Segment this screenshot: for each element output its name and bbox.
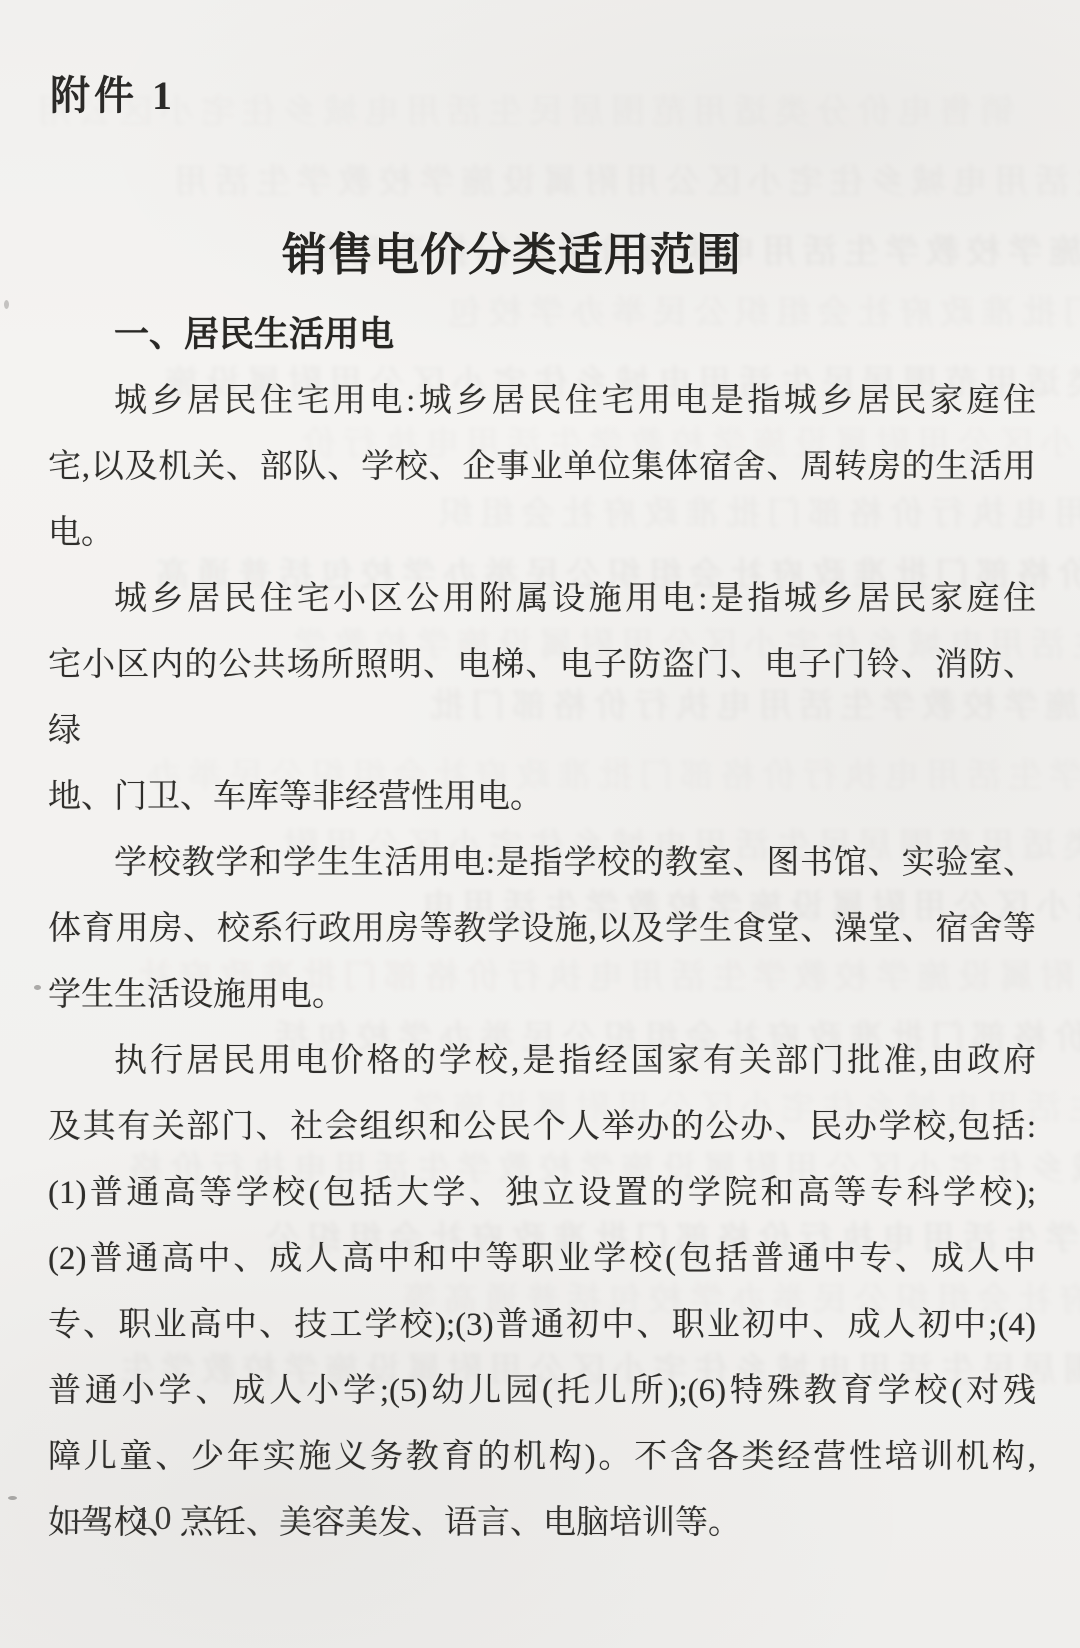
body-text-line: 专、职业高中、技工学校);(3)普通初中、职业初中、成人初中;(4) xyxy=(48,1292,1036,1358)
scan-speck xyxy=(4,300,9,309)
attachment-label: 附件 1 xyxy=(50,64,176,121)
body-text-line: (1)普通高等学校(包括大学、独立设置的学院和高等专科学校); xyxy=(48,1160,1036,1226)
body-text-line: 城乡居民住宅小区公用附属设施用电:是指城乡居民家庭住 xyxy=(48,566,1036,632)
body-text-line: 障儿童、少年实施义务教育的机构)。不含各类经营性培训机构, xyxy=(48,1424,1036,1490)
body-text-line: 及其有关部门、社会组织和公民个人举办的公办、民办学校,包括: xyxy=(48,1094,1036,1160)
body-text-line: 体育用房、校系行政用房等教学设施,以及学生食堂、澡堂、宿舍等 xyxy=(48,896,1036,962)
scan-speck xyxy=(8,1496,17,1500)
body-text-line: 执行居民用电价格的学校,是指经国家有关部门批准,由政府 xyxy=(48,1028,1036,1094)
scan-speck xyxy=(34,985,41,990)
body-text-line: 城乡居民住宅用电:城乡居民住宅用电是指城乡居民家庭住 xyxy=(48,368,1036,434)
section-heading: 一、居民生活用电 xyxy=(48,302,1036,368)
body-text-line: 电。 xyxy=(48,500,1036,566)
document-page: 销售电价分类适用范围居民生活用电城乡住宅小区公用民生活用电城乡住宅小区公用附属设… xyxy=(0,0,1080,1648)
body-text-line: 学生生活设施用电。 xyxy=(48,962,1036,1028)
body-text-line: 普通小学、成人小学;(5)幼儿园(托儿所);(6)特殊教育学校(对残 xyxy=(48,1358,1036,1424)
body-text-line: 宅小区内的公共场所照明、电梯、电子防盗门、电子门铃、消防、绿 xyxy=(48,632,1036,764)
body-text-line: 宅,以及机关、部队、学校、企事业单位集体宿舍、周转房的生活用 xyxy=(48,434,1036,500)
body-text-line: 学校教学和学生生活用电:是指学校的教室、图书馆、实验室、 xyxy=(48,830,1036,896)
ghost-text-row: 民生活用电城乡住宅小区公用附属设施学校教学生活用 xyxy=(167,154,1080,203)
document-body: 一、居民生活用电城乡居民住宅用电:城乡居民住宅用电是指城乡居民家庭住宅,以及机关… xyxy=(48,302,1036,1556)
document-title: 销售电价分类适用范围 xyxy=(0,218,1080,283)
ghost-text-row: 销售电价分类适用范围居民生活用电城乡住宅小区公用 xyxy=(30,84,1014,133)
page-number: — 10 — xyxy=(72,1496,237,1542)
body-text-line: 地、门卫、车库等非经营性用电。 xyxy=(48,764,1036,830)
body-text-line: (2)普通高中、成人高中和中等职业学校(包括普通中专、成人中 xyxy=(48,1226,1036,1292)
